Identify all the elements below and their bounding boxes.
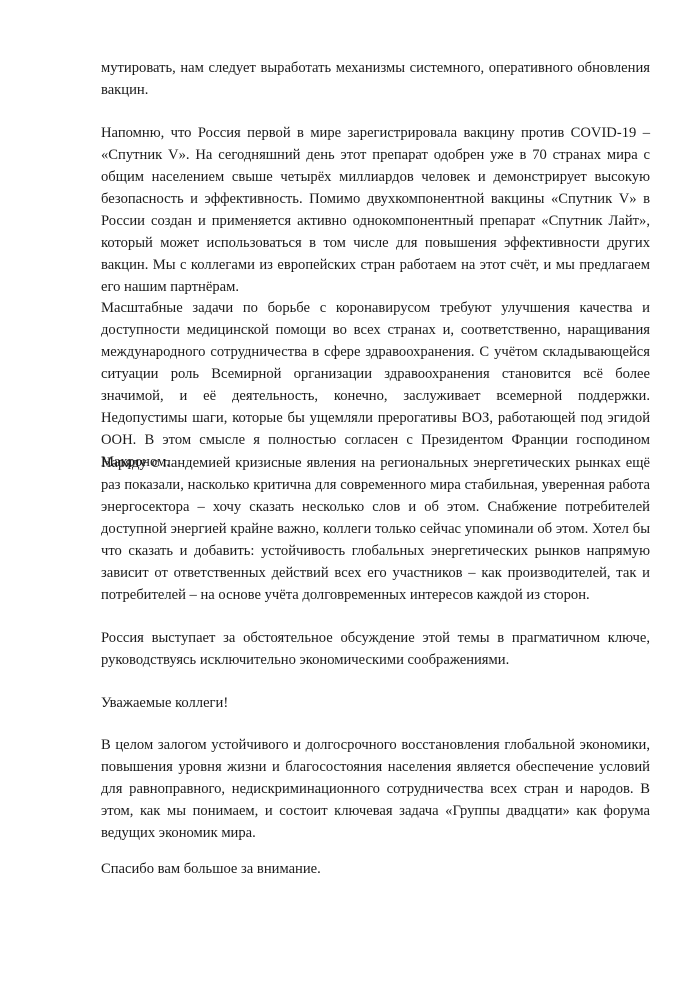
- paragraph-healthcare-who: Масштабные задачи по борьбе с коронавиру…: [101, 297, 650, 473]
- paragraph-g20-task: В целом залогом устойчивого и долгосрочн…: [101, 734, 650, 844]
- paragraph-energy-markets: Наряду с пандемией кризисные явления на …: [101, 452, 650, 606]
- paragraph-address: Уважаемые коллеги!: [101, 692, 650, 714]
- paragraph-sputnik-v: Напомню, что Россия первой в мире зареги…: [101, 122, 650, 298]
- paragraph-closing: Спасибо вам большое за внимание.: [101, 858, 650, 880]
- paragraph-russia-position: Россия выступает за обстоятельное обсужд…: [101, 627, 650, 671]
- document-page: мутировать, нам следует выработать механ…: [0, 0, 700, 990]
- paragraph-vaccine-update: мутировать, нам следует выработать механ…: [101, 57, 650, 101]
